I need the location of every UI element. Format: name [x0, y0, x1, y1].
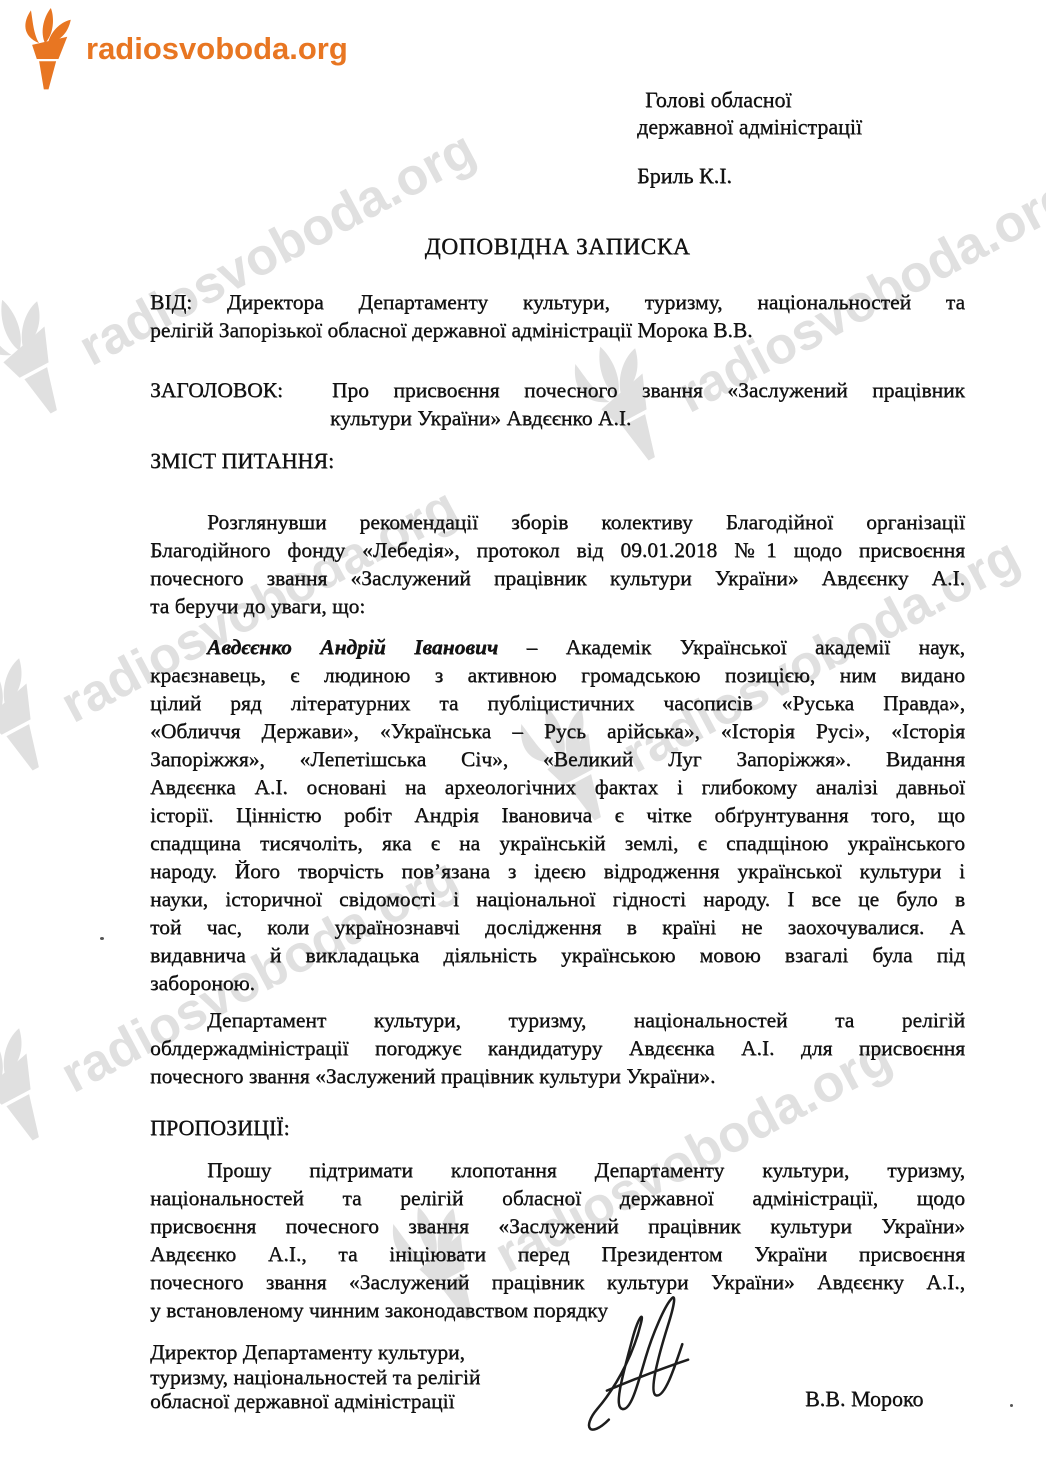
radiosvoboda-logo: radiosvoboda.org: [14, 8, 348, 90]
text-line: Розглянувши рекомендації зборів колектив…: [150, 508, 965, 536]
torch-icon: [14, 8, 76, 90]
proposals-label: ПРОПОЗИЦІЇ:: [150, 1115, 965, 1141]
text-line: Благодійного фонду «Лебедія», протокол в…: [150, 536, 965, 564]
scan-noise-dot: [1010, 1404, 1013, 1407]
person-name: Авдєєнко Андрій Іванович: [207, 635, 498, 659]
text-line: та беручи до уваги, що:: [150, 592, 965, 620]
handwritten-signature: [578, 1292, 746, 1437]
text-line: почесного звання «Заслужений працівник к…: [150, 564, 965, 592]
text-line: облдержадміністрації погоджує кандидатур…: [150, 1034, 965, 1062]
text-line: видавнича й викладацька діяльність украї…: [150, 941, 965, 969]
text-line: народу. Його творчість пов’язана з ідеєю…: [150, 857, 965, 885]
text-line: ВІД: Директора Департаменту культури, ту…: [150, 288, 965, 316]
addressee-line: державної адміністрації: [637, 113, 862, 140]
text-line: почесного звання «Заслужений працівник к…: [150, 1268, 965, 1296]
text-line: Департамент культури, туризму, національ…: [150, 1006, 965, 1034]
addressee-line: Голові обласної: [637, 86, 862, 113]
logo-text: radiosvoboda.org: [86, 31, 348, 67]
addressee-name: Бриль К.І.: [637, 162, 862, 189]
text-line: Авдєєнка А.І. основані на археологічних …: [150, 773, 965, 801]
text-line: той час, коли українознавчі дослідження …: [150, 913, 965, 941]
text-line: науки, історичної свідомості і національ…: [150, 885, 965, 913]
text-line: Авдєєнко Андрій Іванович – Академік Укра…: [150, 633, 965, 661]
from-block: ВІД: Директора Департаменту культури, ту…: [150, 288, 965, 344]
text-line: цілий ряд літературних та публіцистичних…: [150, 689, 965, 717]
text-line: спадщина тисячоліть, яка є на українські…: [150, 829, 965, 857]
text-line: у встановленому чинним законодавством по…: [150, 1296, 965, 1324]
paragraph-2: Авдєєнко Андрій Іванович – Академік Укра…: [150, 633, 965, 997]
text-line: культури України» Авдєєнко А.І.: [330, 404, 965, 432]
signer-name: В.В. Мороко: [805, 1386, 923, 1412]
scanned-document: Голові обласної державної адміністрації …: [0, 0, 1046, 1481]
text-line: «Обличчя Держави», «Українська – Русь ар…: [150, 717, 965, 745]
text-line: Запоріжжя», «Лепетішська Січ», «Великий …: [150, 745, 965, 773]
content-label: ЗМІСТ ПИТАННЯ:: [150, 448, 965, 474]
text-line: Авдєєнко А.І., та ініціювати перед Прези…: [150, 1240, 965, 1268]
paragraph-1: Розглянувши рекомендації зборів колектив…: [150, 508, 965, 620]
paragraph-4: Прошу підтримати клопотання Департаменту…: [150, 1156, 965, 1324]
text-line: присвоєння почесного звання «Заслужений …: [150, 1212, 965, 1240]
heading-block: ЗАГОЛОВОК: Про присвоєння почесного зван…: [150, 376, 965, 432]
document-page: radiosvoboda.org radiosvoboda.org radios…: [0, 0, 1046, 1481]
text-line: краєзнавець, є людиною з активною громад…: [150, 661, 965, 689]
text-line: історії. Цінністю робіт Андрія Івановича…: [150, 801, 965, 829]
paragraph-3: Департамент культури, туризму, національ…: [150, 1006, 965, 1090]
text-fragment: – Академік Української академії наук,: [498, 635, 965, 659]
addressee-block: Голові обласної державної адміністрації …: [637, 86, 862, 189]
text-line: національностей та релігій обласної держ…: [150, 1184, 965, 1212]
scan-noise-dot: [100, 937, 104, 940]
text-line: ЗАГОЛОВОК: Про присвоєння почесного зван…: [150, 376, 965, 404]
text-line: забороною.: [150, 969, 965, 997]
signoff-line: Директор Департаменту культури,: [150, 1340, 965, 1365]
document-title: ДОПОВІДНА ЗАПИСКА: [150, 234, 965, 261]
text-line: почесного звання «Заслужений працівник к…: [150, 1062, 965, 1090]
text-line: Прошу підтримати клопотання Департаменту…: [150, 1156, 965, 1184]
text-line: релігій Запорізької обласної державної а…: [150, 316, 965, 344]
